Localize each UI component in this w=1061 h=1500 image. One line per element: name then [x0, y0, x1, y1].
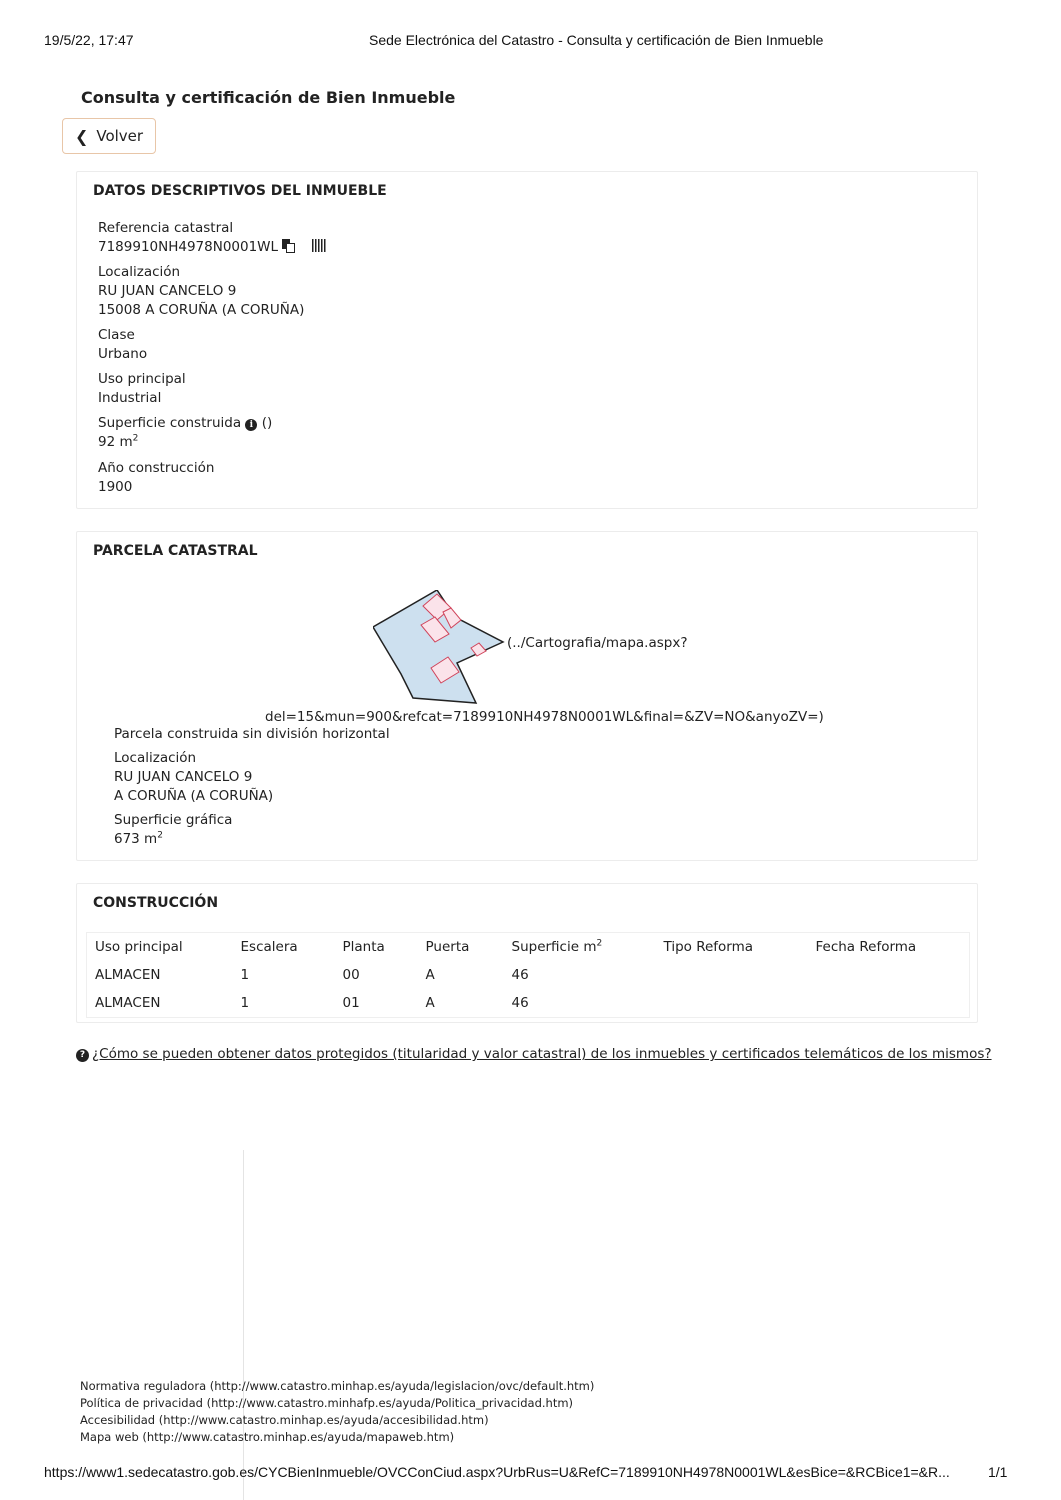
parcel-map-svg — [373, 590, 523, 705]
parcela-catastral-panel: PARCELA CATASTRAL (../Cartografia/mapa.a… — [76, 531, 978, 861]
cell-puerta: A — [418, 961, 504, 989]
col-uso-principal: Uso principal — [87, 933, 233, 962]
localizacion-field: Localización RU JUAN CANCELO 9 15008 A C… — [98, 263, 304, 320]
anio-label: Año construcción — [98, 459, 214, 478]
col-tipo-reforma: Tipo Reforma — [656, 933, 808, 962]
cell-escalera: 1 — [233, 989, 335, 1017]
construccion-table: Uso principal Escalera Planta Puerta Sup… — [86, 932, 970, 1018]
parcel-map-image[interactable] — [373, 590, 523, 705]
table-header-row: Uso principal Escalera Planta Puerta Sup… — [87, 933, 970, 962]
superficie-value-row: 92 m2 — [98, 433, 272, 452]
footer-link-normativa[interactable]: Normativa reguladora (http://www.catastr… — [80, 1378, 594, 1395]
cell-uso: ALMACEN — [87, 989, 233, 1017]
print-header: 19/5/22, 17:47 Sede Electrónica del Cata… — [0, 32, 1061, 52]
uso-principal-field: Uso principal Industrial — [98, 370, 186, 408]
col-fecha-reforma: Fecha Reforma — [808, 933, 970, 962]
print-datetime: 19/5/22, 17:47 — [44, 32, 134, 48]
protected-data-help-link[interactable]: ¿Cómo se pueden obtener datos protegidos… — [92, 1046, 992, 1062]
footer-link-mapa-web[interactable]: Mapa web (http://www.catastro.minhap.es/… — [80, 1429, 594, 1446]
col-superficie: Superficie m2 — [504, 933, 656, 962]
scan-artifact-line — [243, 1150, 244, 1500]
referencia-value: 7189910NH4978N0001WL — [98, 239, 278, 255]
cell-tipo-reforma — [656, 961, 808, 989]
cell-escalera: 1 — [233, 961, 335, 989]
back-button[interactable]: ❮ Volver — [62, 118, 156, 154]
cell-tipo-reforma — [656, 989, 808, 1017]
referencia-value-row: 7189910NH4978N0001WL — [98, 238, 326, 257]
print-page-title: Sede Electrónica del Catastro - Consulta… — [369, 32, 823, 48]
parcela-tipo: Parcela construida sin división horizont… — [114, 725, 390, 744]
construccion-title: CONSTRUCCIÓN — [93, 895, 218, 911]
superficie-grafica-unit-sup: 2 — [157, 831, 163, 841]
construccion-panel: CONSTRUCCIÓN Uso principal Escalera Plan… — [76, 883, 978, 1023]
question-circle-icon: ? — [76, 1049, 89, 1062]
help-line: ?¿Cómo se pueden obtener datos protegido… — [76, 1046, 992, 1062]
col-escalera: Escalera — [233, 933, 335, 962]
referencia-label: Referencia catastral — [98, 219, 326, 238]
superficie-grafica-value: 673 m — [114, 831, 157, 847]
table-row: ALMACEN 1 00 A 46 — [87, 961, 970, 989]
cell-fecha-reforma — [808, 961, 970, 989]
localizacion-line2: 15008 A CORUÑA (A CORUÑA) — [98, 301, 304, 320]
barcode-icon[interactable] — [312, 239, 326, 252]
parcela-localizacion-field: Localización RU JUAN CANCELO 9 A CORUÑA … — [114, 749, 273, 806]
cell-fecha-reforma — [808, 989, 970, 1017]
datos-descriptivos-panel: DATOS DESCRIPTIVOS DEL INMUEBLE Referenc… — [76, 171, 978, 509]
datos-descriptivos-title: DATOS DESCRIPTIVOS DEL INMUEBLE — [93, 183, 387, 199]
superficie-construida-field: Superficie construida i () 92 m2 — [98, 414, 272, 452]
print-url: https://www1.sedecatastro.gob.es/CYCBien… — [44, 1464, 950, 1480]
cell-superficie: 46 — [504, 961, 656, 989]
referencia-catastral-field: Referencia catastral 7189910NH4978N0001W… — [98, 219, 326, 257]
cell-planta: 01 — [335, 989, 418, 1017]
uso-label: Uso principal — [98, 370, 186, 389]
superficie-suffix: () — [262, 415, 273, 431]
superficie-grafica-label: Superficie gráfica — [114, 811, 232, 830]
anio-value: 1900 — [98, 478, 214, 497]
parcela-localizacion-line2: A CORUÑA (A CORUÑA) — [114, 787, 273, 806]
col-superficie-sup: 2 — [596, 939, 602, 949]
cell-puerta: A — [418, 989, 504, 1017]
superficie-grafica-value-row: 673 m2 — [114, 830, 232, 849]
col-superficie-label: Superficie m — [512, 939, 597, 955]
col-planta: Planta — [335, 933, 418, 962]
map-link-text-1[interactable]: (../Cartografia/mapa.aspx? — [507, 635, 688, 651]
superficie-unit-sup: 2 — [133, 434, 139, 444]
page-title: Consulta y certificación de Bien Inmuebl… — [81, 88, 455, 107]
info-icon[interactable]: i — [245, 419, 257, 431]
footer-links: Normativa reguladora (http://www.catastr… — [80, 1378, 594, 1446]
superficie-label-row: Superficie construida i () — [98, 414, 272, 433]
superficie-value: 92 m — [98, 434, 133, 450]
cell-superficie: 46 — [504, 989, 656, 1017]
footer-link-accesibilidad[interactable]: Accesibilidad (http://www.catastro.minha… — [80, 1412, 594, 1429]
localizacion-line1: RU JUAN CANCELO 9 — [98, 282, 304, 301]
parcela-title: PARCELA CATASTRAL — [93, 543, 258, 559]
uso-value: Industrial — [98, 389, 186, 408]
chevron-left-icon: ❮ — [75, 127, 88, 146]
parcela-localizacion-label: Localización — [114, 749, 273, 768]
superficie-label: Superficie construida — [98, 415, 241, 431]
clase-value: Urbano — [98, 345, 147, 364]
cell-uso: ALMACEN — [87, 961, 233, 989]
copy-icon[interactable] — [282, 239, 294, 252]
parcela-localizacion-line1: RU JUAN CANCELO 9 — [114, 768, 273, 787]
clase-label: Clase — [98, 326, 147, 345]
clase-field: Clase Urbano — [98, 326, 147, 364]
table-row: ALMACEN 1 01 A 46 — [87, 989, 970, 1017]
localizacion-label: Localización — [98, 263, 304, 282]
back-button-label: Volver — [96, 127, 143, 145]
cell-planta: 00 — [335, 961, 418, 989]
map-link-text-2[interactable]: del=15&mun=900&refcat=7189910NH4978N0001… — [265, 709, 824, 725]
anio-construccion-field: Año construcción 1900 — [98, 459, 214, 497]
print-page-number: 1/1 — [988, 1464, 1007, 1480]
col-puerta: Puerta — [418, 933, 504, 962]
footer-link-privacidad[interactable]: Política de privacidad (http://www.catas… — [80, 1395, 594, 1412]
superficie-grafica-field: Superficie gráfica 673 m2 — [114, 811, 232, 849]
